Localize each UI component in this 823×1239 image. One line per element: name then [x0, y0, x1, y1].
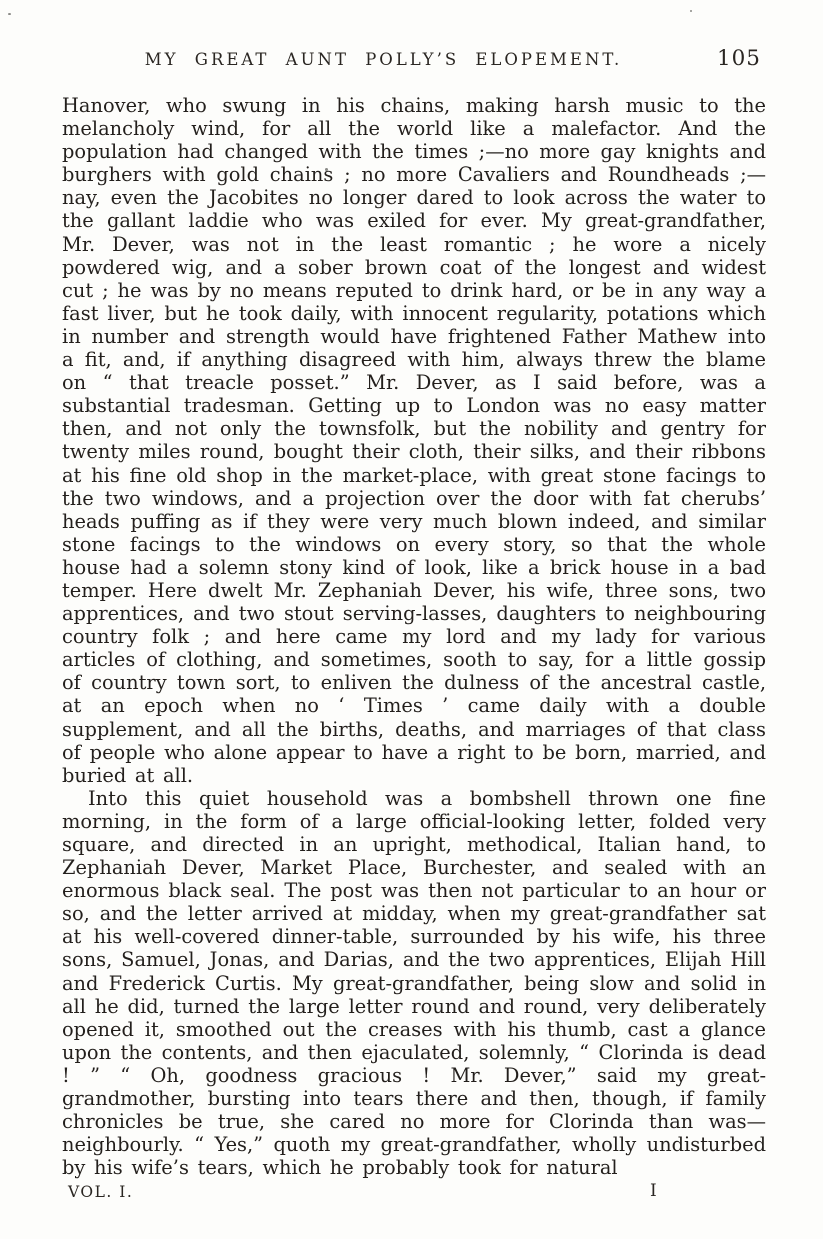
running-title: MY GREAT AUNT POLLY’S ELOPEMENT. — [62, 50, 765, 69]
signature-mark: I — [650, 1181, 657, 1201]
page-header: MY GREAT AUNT POLLY’S ELOPEMENT. 105 — [62, 50, 765, 78]
page-number: 105 — [717, 46, 761, 71]
book-page: MY GREAT AUNT POLLY’S ELOPEMENT. 105 Han… — [0, 0, 823, 1239]
paragraph: Into this quiet household was a bombshel… — [62, 787, 766, 1180]
page-footer: VOL. I. I — [68, 1181, 765, 1203]
volume-label: VOL. I. — [68, 1183, 133, 1201]
paragraph-continuation: Hanover, who swung in his chains, making… — [62, 94, 766, 787]
page-body: Hanover, who swung in his chains, making… — [62, 94, 766, 1180]
scan-speck — [690, 10, 692, 12]
scan-speck — [8, 13, 11, 15]
scan-speck — [325, 168, 328, 171]
